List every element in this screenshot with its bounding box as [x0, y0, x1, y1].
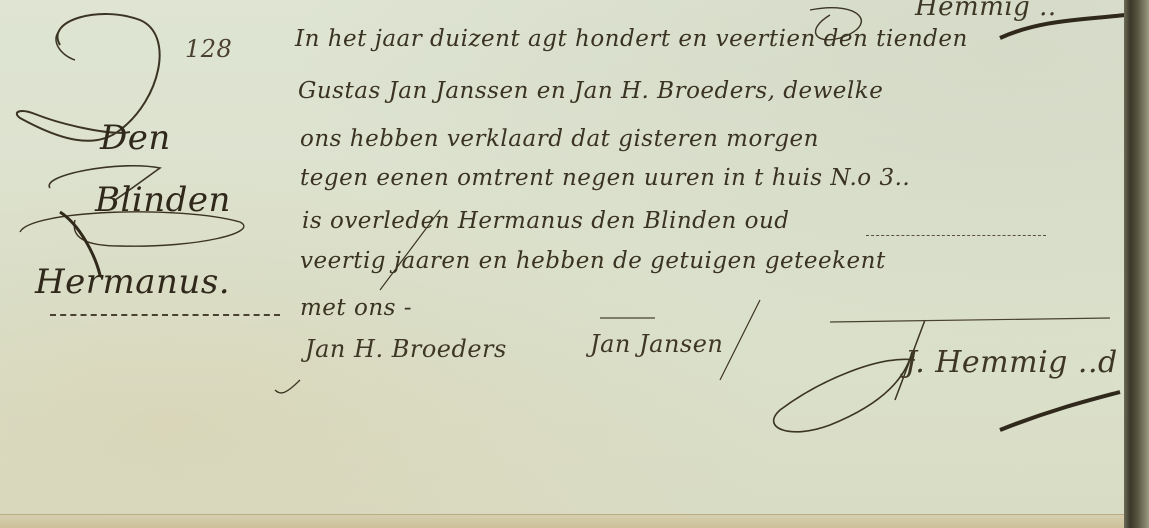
record-line-6: veertig jaaren en hebben de getuigen get… [300, 248, 886, 274]
witness-signature-2: Jan Jansen [590, 330, 723, 358]
witness-signature-1: Jan H. Broeders [305, 335, 507, 363]
name-underline [866, 235, 1046, 236]
record-line-3: ons hebben verklaard dat gisteren morgen [300, 126, 819, 152]
margin-surname-prefix: Den [100, 118, 171, 158]
record-line-7: met ons - [300, 295, 412, 321]
record-line-2: Gustas Jan Janssen en Jan H. Broeders, d… [298, 78, 883, 104]
official-signature: J. Hemmig ..d [905, 345, 1118, 380]
document-page: 128 Den Blinden Hermanus. In het jaar du… [0, 0, 1128, 528]
page-bottom-edge [0, 514, 1128, 528]
book-gutter [1124, 0, 1149, 528]
margin-surname: Blinden [95, 180, 231, 220]
record-line-4: tegen eenen omtrent negen uuren in t hui… [300, 165, 910, 191]
margin-divider [50, 314, 280, 316]
record-line-1: In het jaar duizent agt hondert en veert… [295, 26, 968, 52]
entry-number: 128 [185, 35, 232, 63]
previous-entry-signature-fragment: Hemmig .. [915, 0, 1057, 22]
record-line-5: is overleden Hermanus den Blinden oud [302, 208, 790, 234]
margin-given-name: Hermanus. [35, 262, 230, 302]
